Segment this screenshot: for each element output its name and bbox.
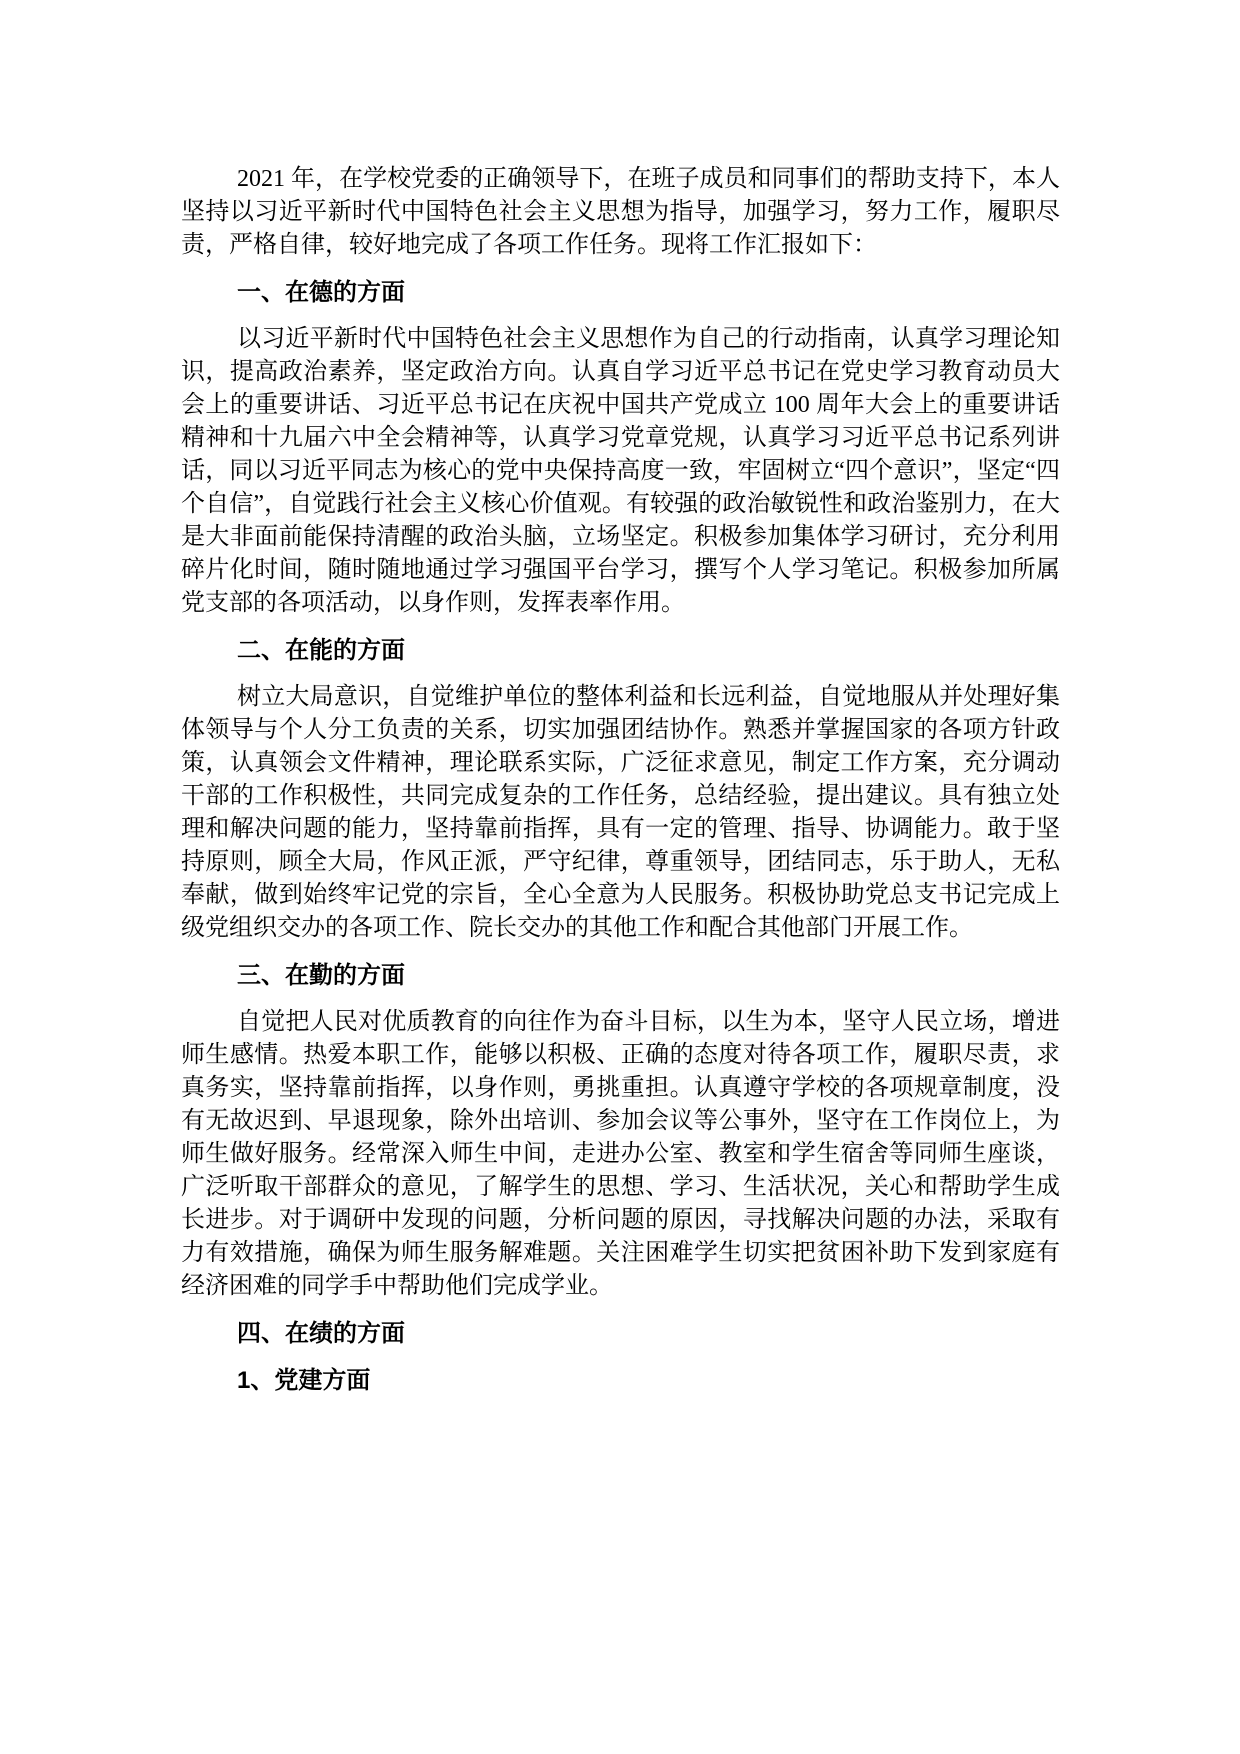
section-heading-qin: 三、在勤的方面 — [181, 959, 1060, 992]
section-heading-dangjian: 1、党建方面 — [181, 1364, 1060, 1397]
section-heading-neng: 二、在能的方面 — [181, 634, 1060, 667]
section-body-de: 以习近平新时代中国特色社会主义思想作为自己的行动指南，认真学习理论知识，提高政治… — [181, 323, 1060, 620]
intro-paragraph: 2021 年，在学校党委的正确领导下，在班子成员和同事们的帮助支持下，本人坚持以… — [181, 163, 1060, 262]
section-heading-de: 一、在德的方面 — [181, 276, 1060, 309]
section-heading-ji: 四、在绩的方面 — [181, 1317, 1060, 1350]
section-body-neng: 树立大局意识，自觉维护单位的整体利益和长远利益，自觉地服从并处理好集体领导与个人… — [181, 681, 1060, 945]
document-page: 2021 年，在学校党委的正确领导下，在班子成员和同事们的帮助支持下，本人坚持以… — [0, 0, 1240, 1754]
section-body-qin: 自觉把人民对优质教育的向往作为奋斗目标，以生为本，坚守人民立场，增进师生感情。热… — [181, 1006, 1060, 1303]
